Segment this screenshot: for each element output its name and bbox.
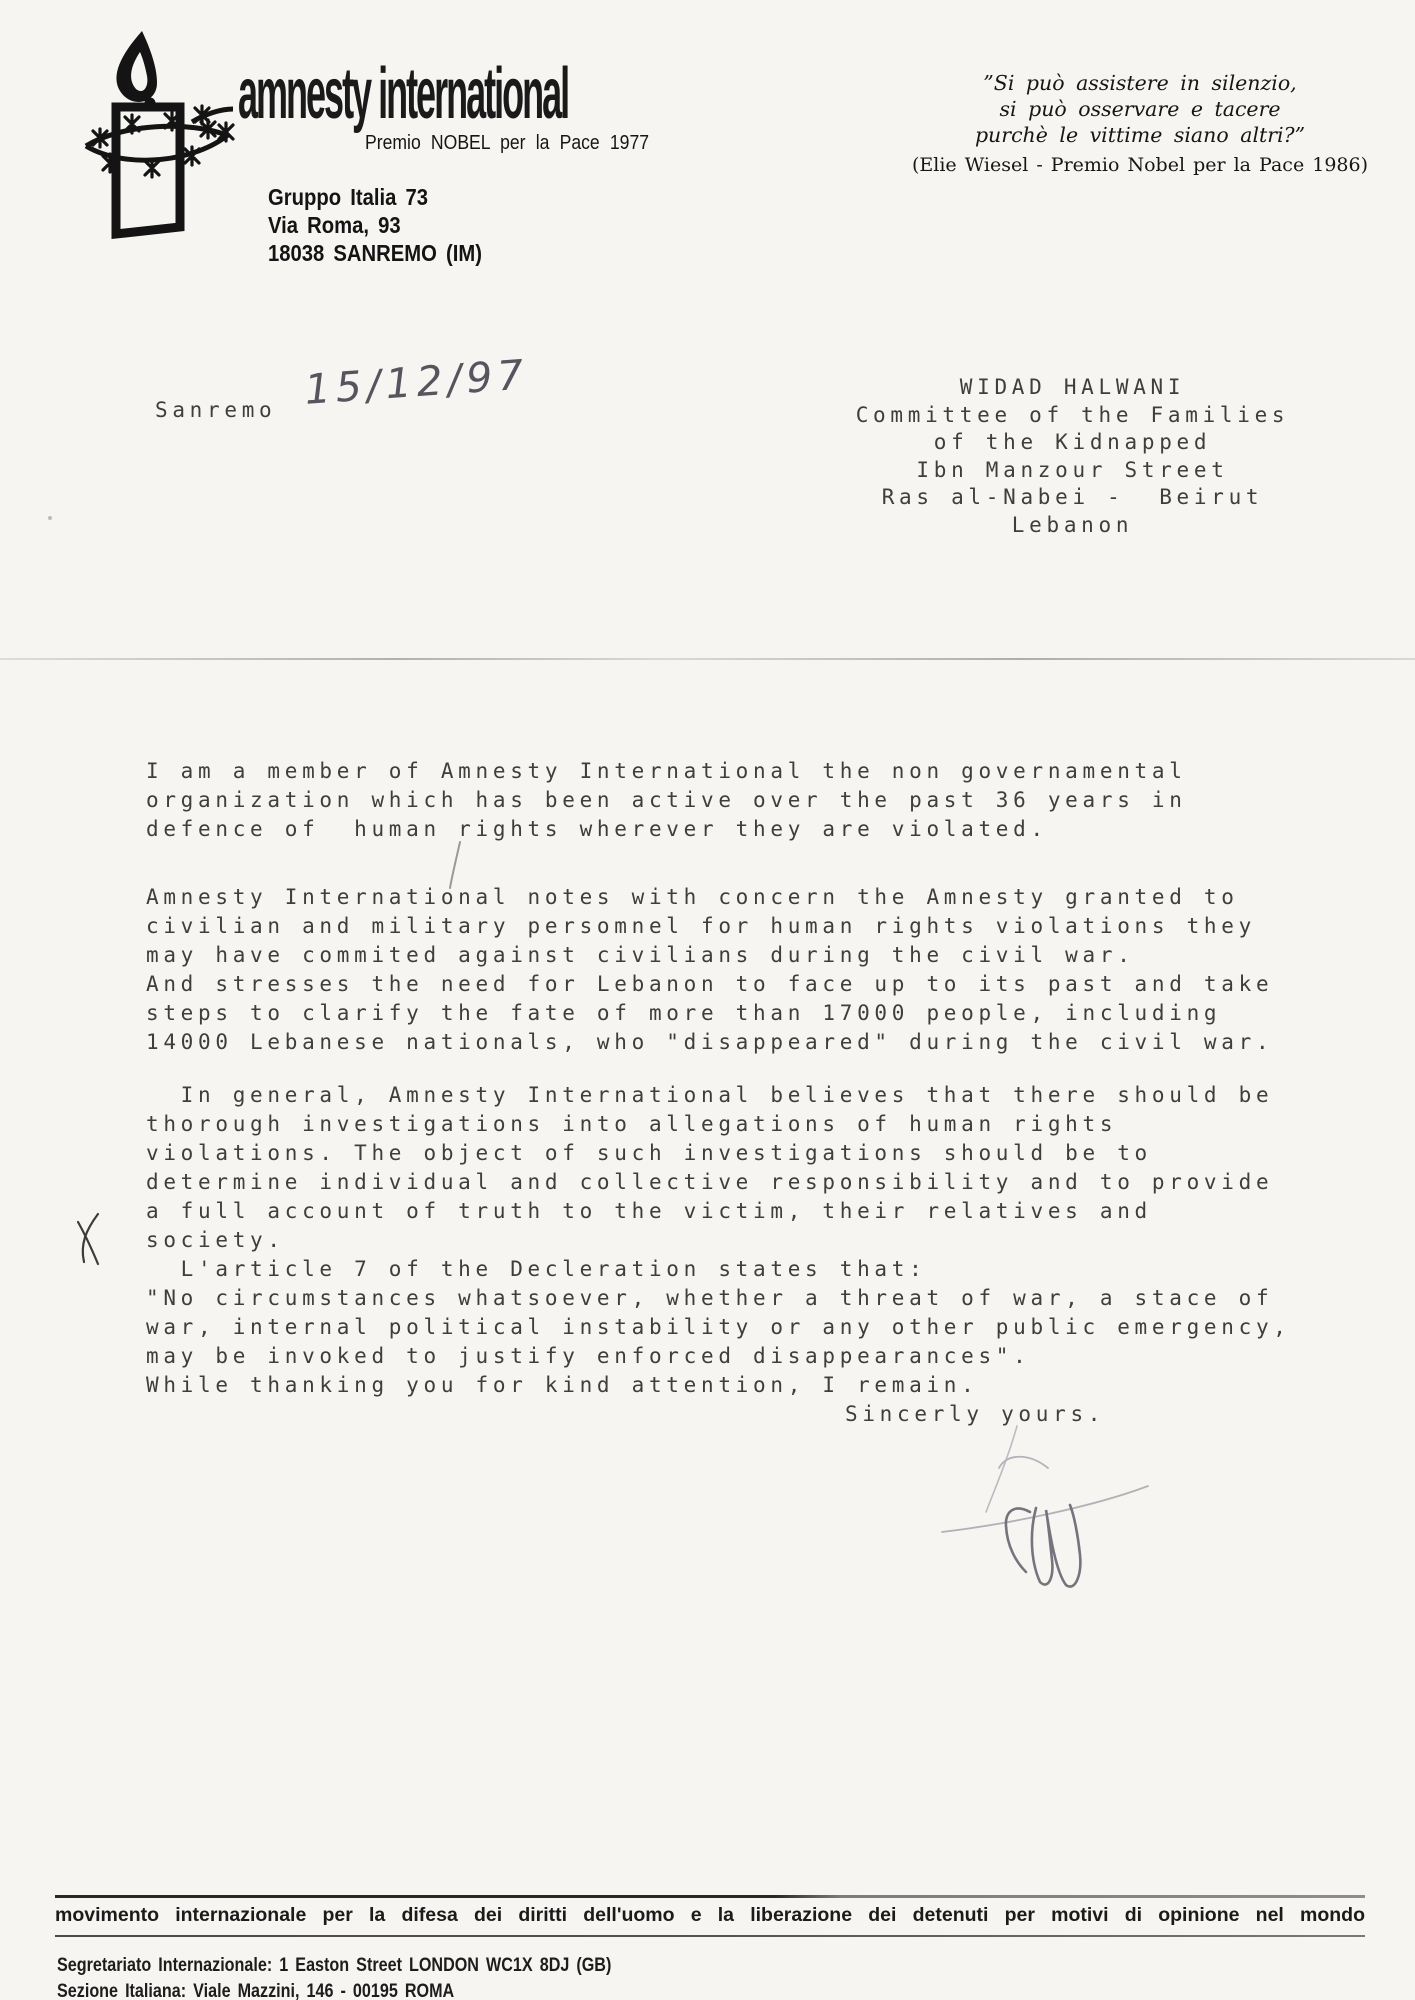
text-line: Ibn Manzour Street bbox=[820, 457, 1325, 485]
quote-attribution: (Elie Wiesel - Premio Nobel per la Pace … bbox=[905, 154, 1375, 176]
text-line: purchè le vittime siano altri?” bbox=[905, 122, 1375, 148]
text-line: Lebanon bbox=[820, 512, 1325, 540]
org-wordmark: amnesty international bbox=[238, 58, 568, 130]
text-line: society. bbox=[146, 1226, 1273, 1255]
recipient-address: WIDAD HALWANICommittee of the Familiesof… bbox=[820, 374, 1325, 539]
paragraph-4: L'article 7 of the Decleration states th… bbox=[146, 1255, 1291, 1400]
dateline-place: Sanremo bbox=[155, 398, 276, 422]
text-line: thorough investigations into allegations… bbox=[146, 1110, 1273, 1139]
scanned-letter-page: amnesty international Premio NOBEL per l… bbox=[0, 0, 1415, 2000]
footer-motto: movimento internazionale per la difesa d… bbox=[55, 1904, 1365, 1927]
text-line: organization which has been active over … bbox=[146, 786, 1187, 815]
footer-italian-section-line: Sezione Italiana: Viale Mazzini, 146 - 0… bbox=[57, 1981, 454, 2000]
text-line: L'article 7 of the Decleration states th… bbox=[146, 1255, 1291, 1284]
amnesty-candle-logo bbox=[80, 28, 238, 243]
paragraph-3: In general, Amnesty International believ… bbox=[146, 1081, 1273, 1255]
text-line: I am a member of Amnesty International t… bbox=[146, 757, 1187, 786]
group-line: Gruppo Italia 73 bbox=[268, 184, 428, 211]
scan-artifact-line bbox=[0, 658, 1415, 660]
text-line: Ras al-Nabei - Beirut bbox=[820, 484, 1325, 512]
text-line: 14000 Lebanese nationals, who "disappear… bbox=[146, 1028, 1273, 1057]
text-line: steps to clarify the fate of more than 1… bbox=[146, 999, 1273, 1028]
city-line: 18038 SANREMO (IM) bbox=[268, 240, 482, 267]
paragraph-1: I am a member of Amnesty International t… bbox=[146, 757, 1187, 844]
text-line: determine individual and collective resp… bbox=[146, 1168, 1273, 1197]
text-line: Committee of the Families bbox=[820, 402, 1325, 430]
stray-pen-mark bbox=[444, 838, 468, 894]
footer-bottom-rule bbox=[55, 1935, 1365, 1937]
text-line: violations. The object of such investiga… bbox=[146, 1139, 1273, 1168]
quote-lines: ”Si può assistere in silenzio,si può oss… bbox=[905, 70, 1375, 148]
text-line: defence of human rights wherever they ar… bbox=[146, 815, 1187, 844]
street-line: Via Roma, 93 bbox=[268, 212, 401, 239]
scan-artifact-dot bbox=[48, 516, 52, 520]
nobel-prize-line: Premio NOBEL per la Pace 1977 bbox=[365, 132, 649, 155]
text-line: In general, Amnesty International believ… bbox=[146, 1081, 1273, 1110]
footer-top-rule bbox=[55, 1895, 1365, 1898]
text-line: war, internal political instability or a… bbox=[146, 1313, 1291, 1342]
text-line: civilian and military persomnel for huma… bbox=[146, 912, 1273, 941]
text-line: "No circumstances whatsoever, whether a … bbox=[146, 1284, 1291, 1313]
text-line: si può osservare e tacere bbox=[905, 96, 1375, 122]
wiesel-quote: ”Si può assistere in silenzio,si può oss… bbox=[905, 70, 1375, 176]
text-line: may be invoked to justify enforced disap… bbox=[146, 1342, 1291, 1371]
text-line: While thanking you for kind attention, I… bbox=[146, 1371, 1291, 1400]
text-line: WIDAD HALWANI bbox=[820, 374, 1325, 402]
text-line: may have commited against civilians duri… bbox=[146, 941, 1273, 970]
handwritten-date: 15/12/97 bbox=[303, 350, 530, 414]
text-line: of the Kidnapped bbox=[820, 429, 1325, 457]
text-line: And stresses the need for Lebanon to fac… bbox=[146, 970, 1273, 999]
footer-secretariat-line: Segretariato Internazionale: 1 Easton St… bbox=[57, 1955, 611, 1977]
text-line: ”Si può assistere in silenzio, bbox=[905, 70, 1375, 96]
text-line: a full account of truth to the victim, t… bbox=[146, 1197, 1273, 1226]
text-line: Amnesty International notes with concern… bbox=[146, 883, 1273, 912]
handwritten-signature bbox=[930, 1415, 1230, 1605]
paragraph-2: Amnesty International notes with concern… bbox=[146, 883, 1273, 1057]
handwritten-x-mark bbox=[70, 1208, 110, 1270]
